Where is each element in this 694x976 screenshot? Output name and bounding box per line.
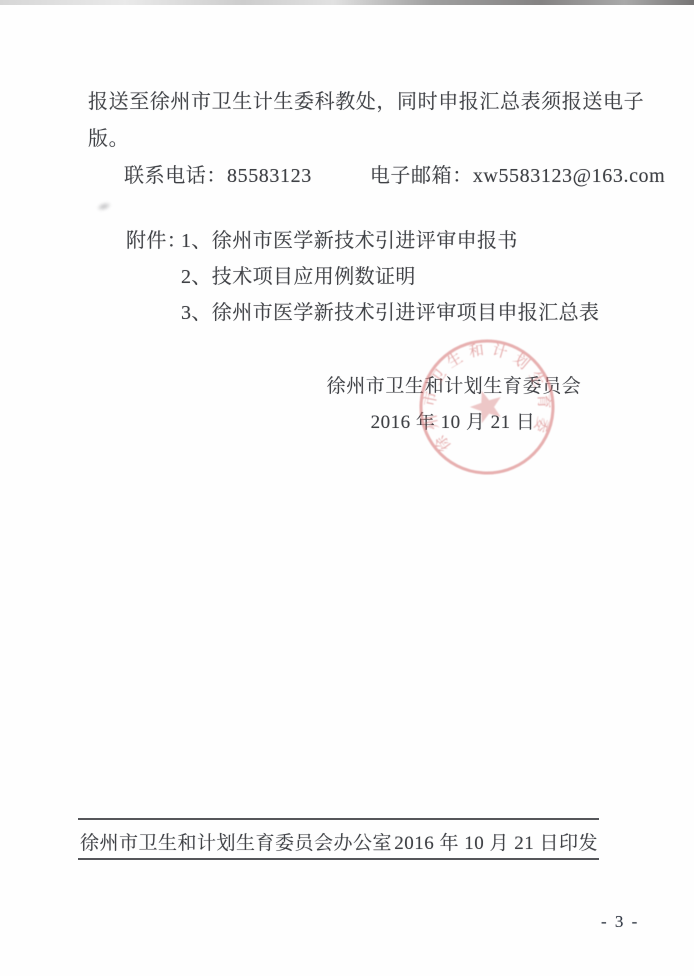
footer-colophon: 徐州市卫生和计划生育委员会办公室 2016 年 10 月 21 日印发 bbox=[80, 828, 598, 855]
seal-star-icon bbox=[466, 386, 506, 425]
scan-edge-artifact bbox=[0, 0, 694, 5]
svg-text:徐州市卫生和计划生育委员会: 徐州市卫生和计划生育委员会 bbox=[387, 307, 566, 488]
email-label: 电子邮箱： bbox=[370, 165, 473, 187]
scan-smudge-artifact bbox=[95, 200, 113, 214]
body-paragraph: 报送至徐州市卫生计生委科教处，同时申报汇总表须报送电子 版。 bbox=[88, 84, 644, 158]
body-paragraph-line-1: 报送至徐州市卫生计生委科教处，同时申报汇总表须报送电子 bbox=[88, 84, 644, 121]
body-paragraph-line-2: 版。 bbox=[88, 121, 644, 158]
footer-rule-top bbox=[78, 818, 599, 820]
email-address: xw5583123@163.com bbox=[473, 165, 666, 187]
phone-number: 85583123 bbox=[227, 165, 312, 187]
footer-print-date: 2016 年 10 月 21 日印发 bbox=[394, 828, 598, 855]
footer-issuing-office: 徐州市卫生和计划生育委员会办公室 bbox=[80, 828, 392, 855]
document-page: 报送至徐州市卫生计生委科教处，同时申报汇总表须报送电子 版。 联系电话：8558… bbox=[0, 0, 694, 976]
official-seal-icon: 徐州市卫生和计划生育委员会 bbox=[387, 307, 587, 507]
footer-rule-bottom bbox=[78, 858, 599, 860]
attachments-label: 附件： bbox=[126, 223, 187, 259]
phone-label: 联系电话： bbox=[124, 165, 227, 187]
attachment-item: 1、徐州市医学新技术引进评审申报书 bbox=[181, 223, 599, 259]
seal-text: 徐州市卫生和计划生育委员会 bbox=[387, 307, 566, 488]
attachment-item: 2、技术项目应用例数证明 bbox=[181, 259, 599, 295]
page-number: - 3 - bbox=[601, 912, 639, 932]
contact-line: 联系电话：85583123电子邮箱：xw5583123@163.com bbox=[124, 159, 665, 188]
